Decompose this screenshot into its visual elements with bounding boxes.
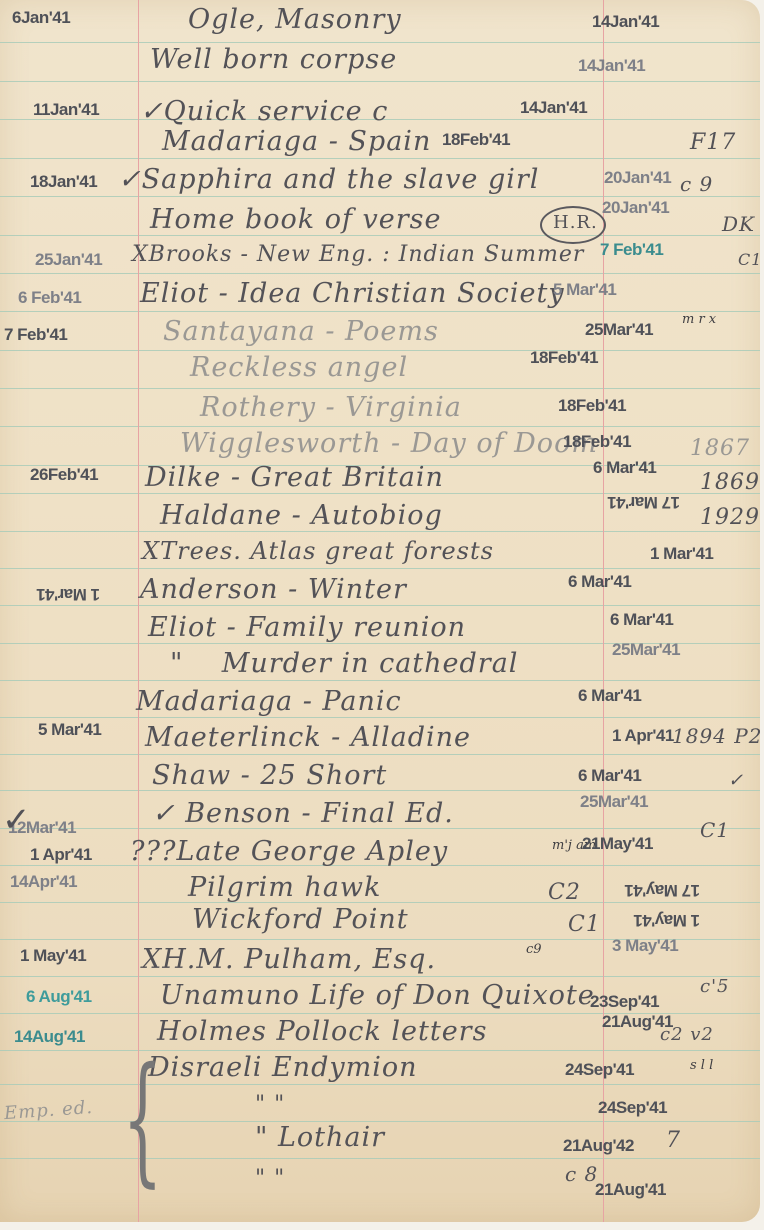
date-stamp: 3 May'41 (612, 936, 678, 956)
entry-title: Sapphira and the slave girl (142, 164, 540, 195)
entry-suffix: C1 (700, 818, 730, 842)
entry-title: Trees. Atlas great forests (160, 537, 494, 565)
entry-suffix: C1 (568, 912, 601, 937)
ruled-line (0, 81, 760, 82)
date-stamp: 6Jan'41 (12, 8, 70, 28)
entry-title: Brooks - New Eng. : Indian Summer (149, 242, 585, 267)
entry-suffix: 1894 P21 (672, 724, 760, 748)
date-stamp: 7 Feb'41 (600, 240, 663, 260)
date-stamp: 25Mar'41 (612, 640, 680, 660)
date-stamp: 6 Mar'41 (593, 458, 656, 478)
entry-title: Madariaga - Panic (136, 686, 402, 717)
entry-title: Ogle, Masonry (188, 4, 402, 35)
entry-suffix: c (372, 96, 388, 127)
date-stamp: 1 Mar'41 (650, 544, 713, 564)
entry-title: H.M. Pulham, Esq. (162, 944, 436, 975)
circulation-card: 6Jan'41 11Jan'41 18Jan'41 25Jan'41 6 Feb… (0, 0, 760, 1222)
ruled-line (0, 158, 760, 159)
date-stamp: 17 Mar'41 (608, 492, 680, 512)
date-stamp: 18Feb'41 (558, 396, 626, 416)
entry-title: Well born corpse (150, 44, 397, 75)
entry-row: XBrooks - New Eng. : Indian Summer (132, 242, 584, 267)
entry-suffix: ✓ (728, 770, 744, 791)
entry-row: " Murder in cathedral (170, 648, 518, 679)
entry-title: Maeterlinck - Alladine (145, 722, 471, 753)
date-stamp: 25Mar'41 (585, 320, 653, 340)
entry-row: ✓Sapphira and the slave girl (118, 164, 539, 195)
ruled-line (0, 754, 760, 755)
date-stamp: 21Aug'41 (602, 1012, 673, 1032)
entry-title: Santayana - Poems (163, 316, 439, 347)
ruled-line (0, 568, 760, 569)
date-stamp: 14Aug'41 (14, 1027, 85, 1047)
entry-title: Anderson - Winter (140, 574, 407, 605)
ditto-mark: " (170, 648, 183, 679)
date-stamp: 25Mar'41 (580, 792, 648, 812)
entry-suffix: 1929 (700, 505, 760, 530)
date-stamp: 1 Apr'41 (612, 726, 674, 746)
entry-row: ???Late George Apley (130, 836, 448, 867)
ruled-line (0, 350, 760, 351)
entry-suffix: 1869 (700, 470, 760, 495)
ditto-row: " " (255, 1166, 285, 1191)
date-stamp: 14Apr'41 (10, 872, 77, 892)
entry-mark: ✓ (140, 96, 164, 127)
date-stamp: 18Feb'41 (530, 348, 598, 368)
entry-title: Dilke - Great Britain (145, 462, 444, 493)
entry-title: Disraeli Endymion (148, 1052, 418, 1083)
date-stamp: 1 Mar'41 (37, 584, 100, 604)
ruled-line (0, 311, 760, 312)
date-stamp: 17 May'41 (625, 880, 700, 900)
entry-title: Home book of verse (150, 204, 442, 235)
entry-suffix: 7 (666, 1128, 681, 1153)
ruled-line (0, 426, 760, 427)
entry-title: Benson - Final Ed. (185, 798, 454, 829)
entry-mark: ✓ (118, 164, 142, 195)
entry-mark: ??? (130, 836, 176, 867)
brace-icon: { (122, 1050, 162, 1190)
side-note: Emp. ed. (3, 1097, 93, 1124)
date-stamp: 6 Mar'41 (578, 686, 641, 706)
entry-title: Wickford Point (192, 904, 409, 935)
entry-title: Rothery - Virginia (200, 392, 462, 423)
entry-title: Reckless angel (190, 352, 408, 383)
entry-title: Unamuno Life of Don Quixote (160, 980, 595, 1011)
entry-suffix: c9 (526, 942, 542, 957)
date-stamp: 5 Mar'41 (553, 280, 616, 300)
entry-title: Madariaga - Spain (162, 126, 431, 157)
date-stamp: 14Jan'41 (592, 12, 659, 32)
date-stamp: 5 Mar'41 (38, 720, 101, 740)
date-stamp: 1 May'41 (20, 946, 86, 966)
entry-row: ✓Quick service c (140, 96, 388, 127)
ditto-row: " " (255, 1092, 285, 1117)
ruled-line (0, 1158, 760, 1159)
date-stamp: 6 Mar'41 (610, 610, 673, 630)
date-stamp: 1 May'41 (634, 910, 700, 930)
entry-title: Haldane - Autobiog (160, 500, 443, 531)
entry-annotation: H.R. (553, 212, 598, 233)
ruled-line (0, 717, 760, 718)
ruled-line (0, 1050, 760, 1051)
date-stamp: 24Sep'41 (598, 1098, 667, 1118)
entry-suffix: c 9 (680, 172, 713, 196)
ruled-line (0, 388, 760, 389)
entry-title: Eliot - Idea Christian Society (140, 278, 565, 309)
checkmark-icon: ✓ (2, 800, 32, 840)
date-stamp: 14Jan'41 (578, 56, 645, 76)
entry-title: " Lothair (255, 1122, 385, 1153)
entry-mark: ✓ (152, 798, 176, 829)
date-stamp: 25Jan'41 (35, 250, 102, 270)
entry-suffix: c 8 (565, 1162, 598, 1186)
entry-suffix: m r x (682, 312, 716, 327)
date-stamp: 23Sep'41 (590, 992, 659, 1012)
entry-mark: X (142, 944, 162, 975)
ruled-line (0, 680, 760, 681)
date-stamp: 18Jan'41 (30, 172, 97, 192)
entry-title: Pilgrim hawk (188, 872, 381, 903)
entry-title: Late George Apley (176, 836, 448, 867)
date-stamp: 11Jan'41 (33, 100, 99, 120)
entry-title: Wigglesworth - Day of Doom (180, 428, 598, 459)
entry-title: Eliot - Family reunion (148, 612, 466, 643)
date-stamp: 1 Apr'41 (30, 845, 92, 865)
date-stamp: 14Jan'41 (520, 98, 587, 118)
ruled-line (0, 273, 760, 274)
entry-suffix: DK (722, 212, 755, 236)
date-stamp: 6 Aug'41 (26, 987, 92, 1007)
date-stamp: 24Sep'41 (565, 1060, 634, 1080)
date-stamp: 7 Feb'41 (4, 325, 67, 345)
date-stamp: 20Jan'41 (604, 168, 671, 188)
date-stamp: 18Feb'41 (563, 432, 631, 452)
entry-suffix: C2 (548, 880, 581, 905)
entry-suffix: 1867 (690, 436, 750, 461)
entry-title: Shaw - 25 Short (152, 760, 387, 791)
date-stamp: 21Aug'41 (595, 1180, 666, 1200)
date-stamp: 6 Mar'41 (578, 766, 641, 786)
entry-suffix: s l l (690, 1058, 713, 1073)
ruled-line (0, 1084, 760, 1085)
entry-mark: X (142, 537, 160, 565)
ruled-line (0, 605, 760, 606)
ruled-line (0, 42, 760, 43)
entry-row: ✓ Benson - Final Ed. (152, 798, 454, 829)
entry-row: XTrees. Atlas great forests (142, 537, 494, 565)
ruled-line (0, 976, 760, 977)
date-stamp: 6 Feb'41 (18, 288, 81, 308)
ruled-line (0, 531, 760, 532)
entry-title: Holmes Pollock letters (157, 1016, 487, 1047)
entry-suffix: c'5 (700, 976, 729, 997)
date-stamp: 6 Mar'41 (568, 572, 631, 592)
ruled-line (0, 235, 760, 236)
entry-suffix: F17 (690, 130, 736, 155)
date-stamp: 21Aug'42 (563, 1136, 634, 1156)
entry-mark: X (132, 242, 149, 267)
entry-row: XH.M. Pulham, Esq. (142, 944, 436, 975)
date-stamp: 26Feb'41 (30, 465, 98, 485)
date-stamp: 18Feb'41 (442, 130, 510, 150)
date-stamp: 21May'41 (582, 834, 653, 854)
ruled-line (0, 196, 760, 197)
date-stamp: 20Jan'41 (602, 198, 669, 218)
entry-suffix: C1 (738, 250, 760, 269)
entry-title: Murder in cathedral (222, 648, 519, 679)
entry-title: Quick service (164, 96, 363, 127)
